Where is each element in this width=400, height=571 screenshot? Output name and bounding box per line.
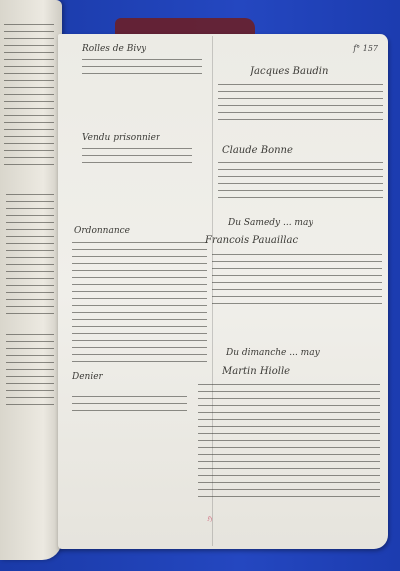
margin-heading: Denier <box>72 372 103 382</box>
margin-note-text <box>72 238 207 368</box>
margin-note-text <box>72 392 187 416</box>
left-facing-page <box>0 0 62 560</box>
margin-heading: Rolles de Bivy <box>82 44 146 54</box>
entry-name: Francois Pauaillac <box>205 235 298 246</box>
margin-heading: Ordonnance <box>74 226 130 236</box>
entry-name: Claude Bonne <box>222 145 293 156</box>
handwriting-block <box>6 190 54 320</box>
entry-text <box>212 250 382 310</box>
margin-note-text <box>82 55 202 77</box>
margin-note-text <box>82 144 192 166</box>
handwriting-block <box>6 330 54 410</box>
archive-stamp: ℌ <box>207 515 212 523</box>
entry-name: Jacques Baudin <box>250 66 328 77</box>
entry-text <box>218 80 383 122</box>
entry-name: Martin Hiolle <box>222 366 290 377</box>
folio-number: f° 157 <box>353 44 378 53</box>
date-heading: Du Samedy ... may <box>228 218 313 228</box>
margin-heading: Vendu prisonnier <box>82 133 160 143</box>
date-heading: Du dimanche ... may <box>226 348 320 358</box>
entry-text <box>198 380 380 498</box>
handwriting-block <box>4 20 54 170</box>
entry-text <box>218 158 383 200</box>
